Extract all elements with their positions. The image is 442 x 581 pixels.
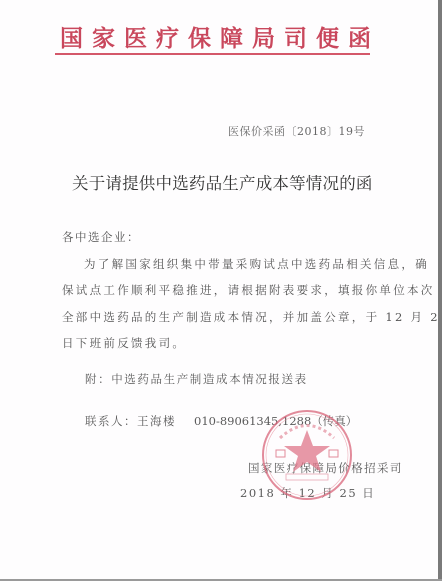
document-title: 关于请提供中选药品生产成本等情况的函 [72, 170, 373, 194]
contact-person: 联系人：王海楼 [85, 414, 176, 428]
document-page: 国家医疗保障局司便函 医保价采函〔2018〕19号 关于请提供中选药品生产成本等… [0, 0, 438, 579]
body-line: 保试点工作顺利平稳推进，请根据附表要求，填报你单位本次 [62, 282, 435, 298]
official-seal-star-icon [260, 408, 354, 502]
letterhead-divider [55, 53, 370, 55]
body-line: 为了解国家组织集中带量采购试点中选药品相关信息，确 [84, 256, 429, 272]
body-line: 日下班前反馈我司。 [62, 335, 186, 351]
attachment-note: 附：中选药品生产制造成本情况报送表 [85, 371, 308, 387]
body-line: 全部中选药品的生产制造成本情况，并加盖公章，于 12 月 28 [62, 309, 442, 325]
right-border [438, 0, 442, 581]
document-number: 医保价采函〔2018〕19号 [228, 123, 365, 139]
letterhead-title: 国家医疗保障局司便函 [60, 20, 366, 53]
salutation: 各中选企业： [62, 229, 140, 245]
